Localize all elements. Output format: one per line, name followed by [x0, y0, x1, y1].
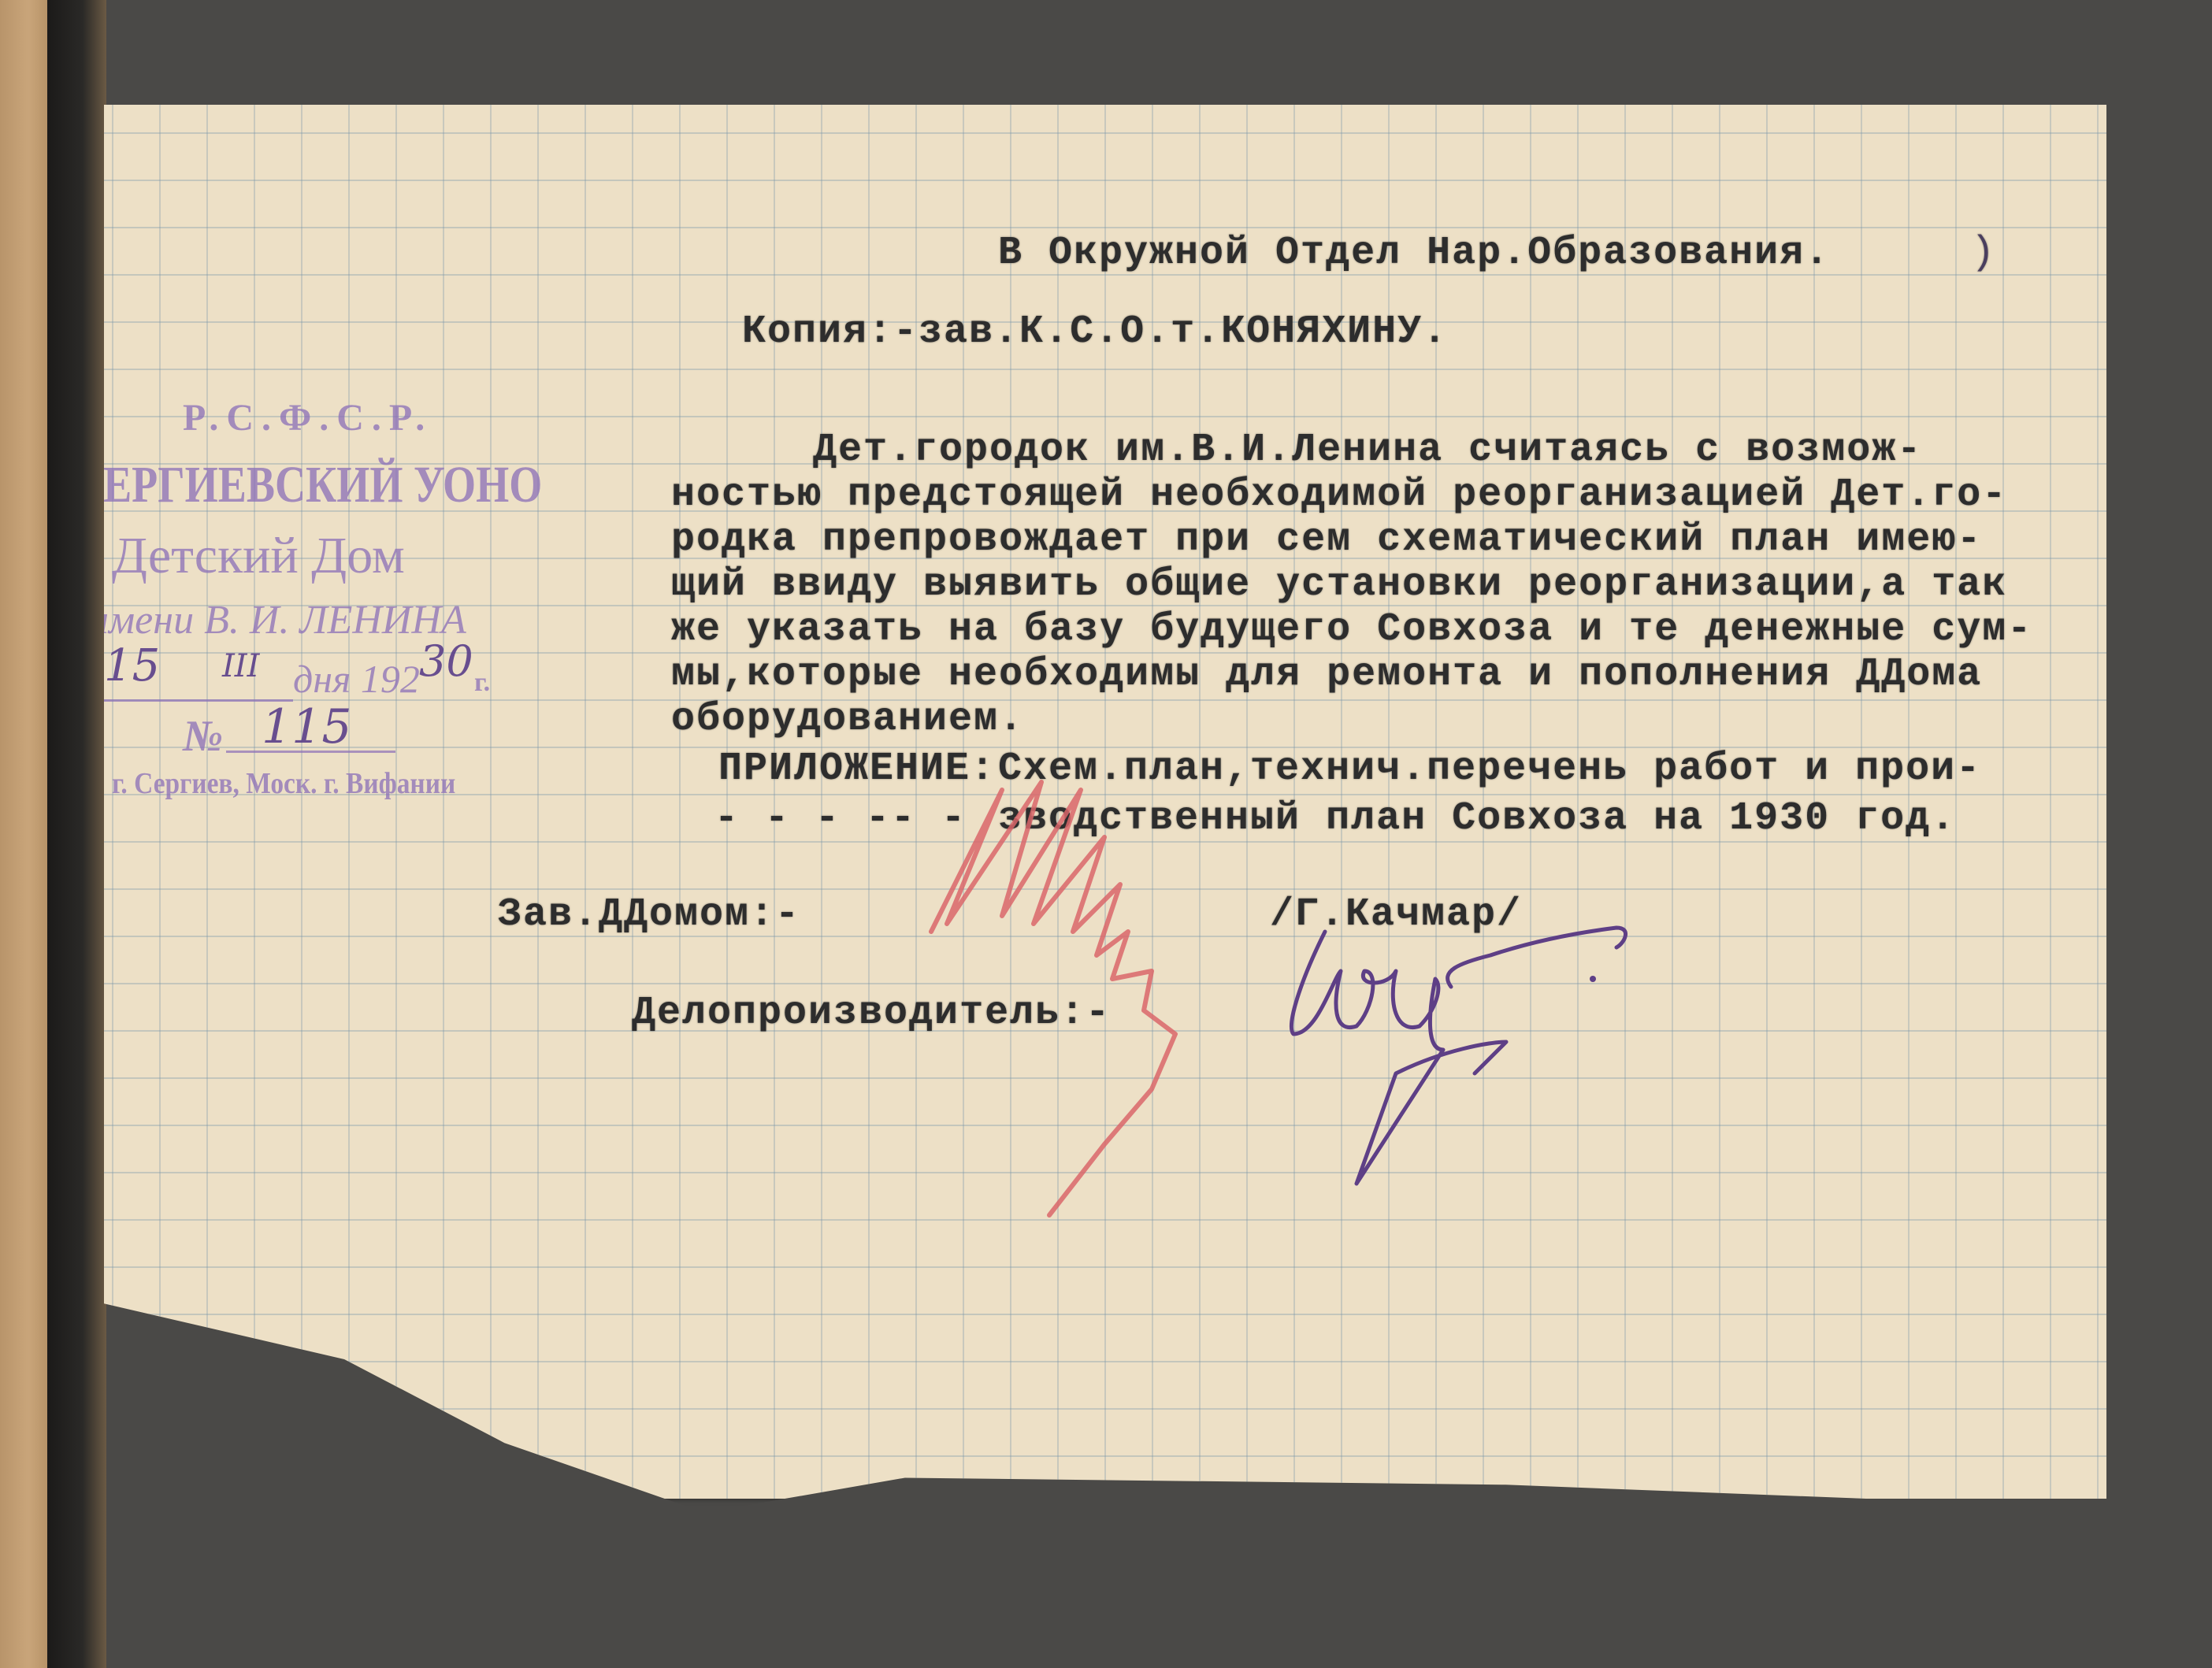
stamp-date-month: III [222, 648, 259, 684]
addressee-line: В Окружной Отдел Нар.Образования. [998, 231, 1830, 276]
red-pencil-signature [915, 774, 1199, 1231]
stamp-number-value: 115 [262, 699, 352, 754]
stamp-date-suffix: дня 192 [293, 656, 420, 702]
stamp-childrens-home: Детский Дом [112, 526, 405, 586]
stamp-address: г. Сергиев, Моск. г. Вифании [112, 766, 455, 801]
stamp-number-underline [226, 751, 395, 753]
stamp-number-label: № [183, 711, 223, 762]
body-line-4: щий ввиду выявить общие установки реорга… [671, 562, 2007, 607]
body-line-7: оборудованием. [671, 697, 1024, 742]
body-line-1: Дет.городок им.В.И.Ленина считаясь с воз… [813, 428, 1922, 473]
stamp-date-g: г. [474, 668, 490, 698]
stamp-rsfsr: Р.С.Ф.С.Р. [183, 396, 432, 439]
purple-ink-signature [1270, 916, 1837, 1199]
book-spine-shadow [47, 0, 106, 1668]
body-line-6: мы,которые необходимы для ремонта и попо… [671, 652, 1982, 697]
document-sheet: Р.С.Ф.С.Р. СЕРГИЕВСКИЙ УОНО Детский Дом … [104, 105, 2106, 1499]
body-line-3: родка препровождает при сем схематически… [671, 517, 1982, 562]
stamp-named-after: имени В. И. ЛЕНИНА [88, 597, 466, 643]
body-line-2: ностью предстоящей необходимой реорганиз… [671, 473, 2007, 517]
stamp-date-day: 15 [104, 640, 160, 691]
body-line-5: же указать на базу будущего Совхоза и те… [671, 607, 2032, 652]
margin-mark: ) [1971, 231, 1996, 276]
stamp-uono: СЕРГИЕВСКИЙ УОНО [72, 455, 542, 515]
copy-line: Копия:-зав.К.С.О.т.КОНЯХИНУ. [742, 310, 1448, 354]
stamp-date-year: 30 [419, 636, 473, 686]
signatory-director-title: Зав.ДДомом:- [498, 892, 800, 937]
